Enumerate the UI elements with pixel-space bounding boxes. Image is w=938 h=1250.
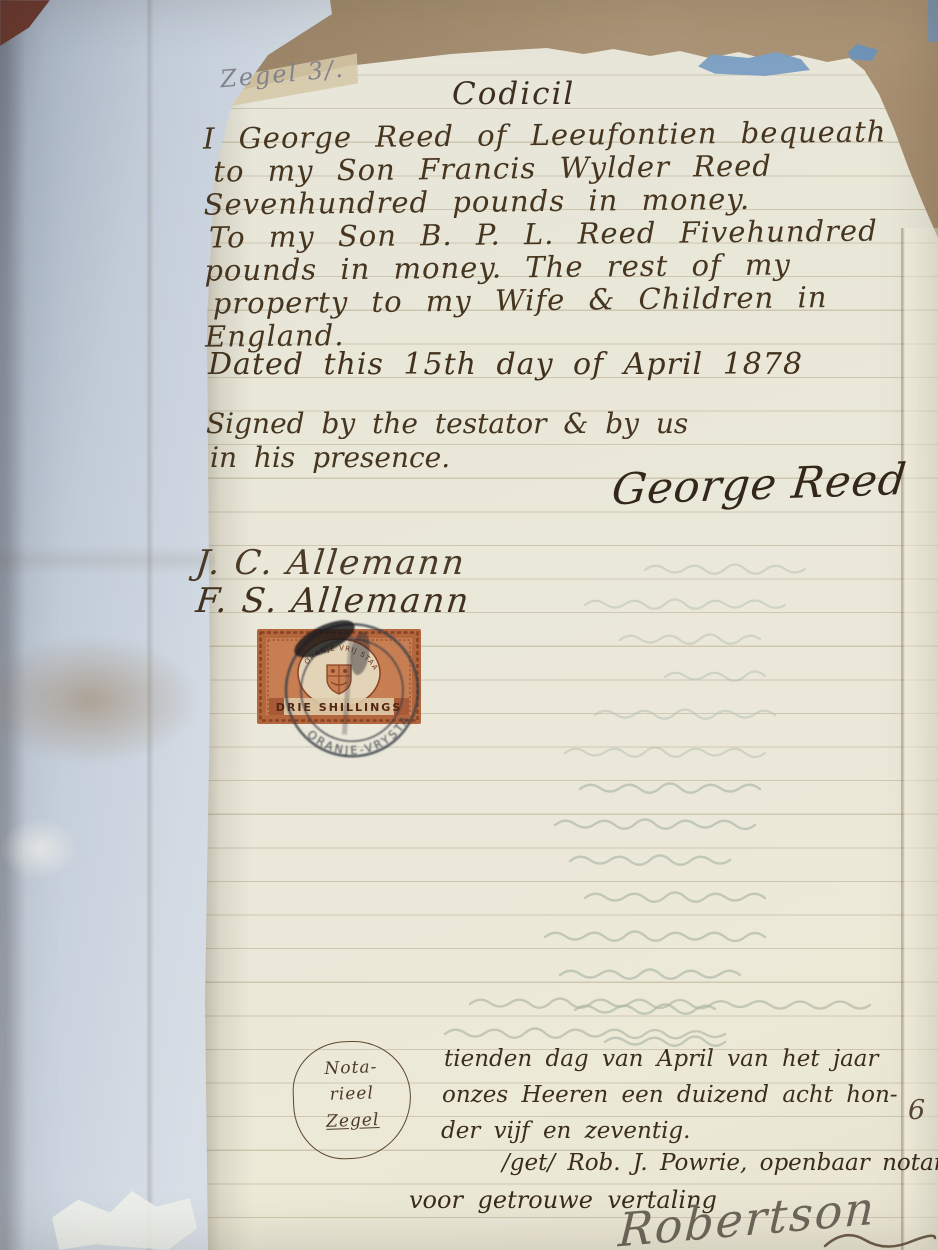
date-line: Dated this 15th day of April 1878: [208, 347, 803, 382]
testator-signature: George Reed: [609, 455, 909, 515]
seal-note-line: Zegel: [294, 1106, 411, 1136]
margin-figure: 6: [908, 1095, 925, 1126]
page-title: Codicil: [452, 76, 575, 112]
cutoff-signature-flourish: [820, 1226, 938, 1250]
postmark-text: ORANJE-VRYSTAAT: [234, 595, 417, 769]
notary-attribution-line: /get/ Rob. J. Powrie, openbaar notaris: [502, 1150, 938, 1176]
translation-line: onzes Heeren een duizend acht hon-: [442, 1082, 898, 1108]
translation-line: tienden dag van April van het jaar: [444, 1046, 879, 1072]
svg-text:ORANJE-VRYSTAAT: ORANJE-VRYSTAAT: [234, 595, 417, 769]
attestation-line: Signed by the testator & by us: [206, 407, 688, 440]
witness-signature: J. C. Allemann: [194, 543, 468, 583]
cloth-stain: [0, 635, 200, 765]
photo-of-codicil-document: Zegel 3/. Codicil I George Reed of Leeuf…: [0, 0, 938, 1250]
translation-line: der vijf en zeventig.: [441, 1118, 690, 1144]
attestation-line: in his presence.: [210, 441, 450, 474]
postmark: ORANJE-VRYSTAAT: [234, 595, 475, 786]
codicil-body-text: I George Reed of Leeufontien bequeath to…: [203, 114, 889, 352]
seal-note-line: rieel: [293, 1079, 410, 1109]
blue-paper-fragment: [848, 44, 878, 61]
seal-note-line: Nota-: [292, 1053, 409, 1083]
blue-paper-fragment: [928, 0, 938, 42]
cloth-creases: [0, 0, 215, 1250]
bleedthrough-ghost-writing: [430, 988, 920, 1046]
cloth-worn-patch: [0, 818, 78, 880]
bleedthrough-ghost-writing: [525, 555, 925, 1055]
